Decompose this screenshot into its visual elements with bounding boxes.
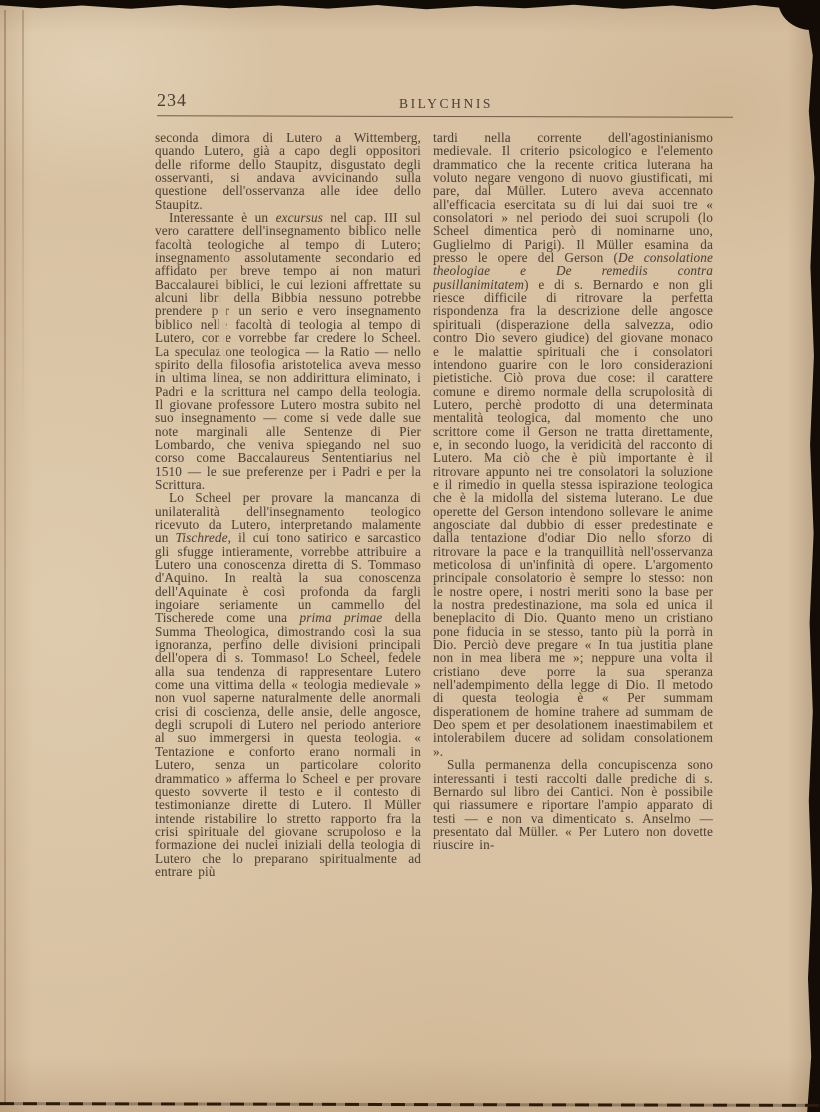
paper-scratch-mark xyxy=(219,292,226,356)
text-run: nel cap. III sul vero carattere dell'ins… xyxy=(155,210,421,492)
page-number: 234 xyxy=(157,90,187,111)
text-run: seconda dimora di Lutero a Wittemberg, q… xyxy=(155,131,421,212)
journal-title: BILYCHNIS xyxy=(399,96,493,112)
header-rule xyxy=(157,115,733,118)
text-column-left: seconda dimora di Lutero a Wittemberg, q… xyxy=(155,131,421,941)
page-paper: 234 BILYCHNIS seconda dimora di Lutero a… xyxy=(0,0,820,1112)
text-column-right: tardi nella corrente dell'agostinianismo… xyxy=(433,131,713,941)
text-run: Sulla permanenza della concupiscenza son… xyxy=(433,757,713,852)
text-run: ) e di s. Bernardo e non gli riesce diff… xyxy=(433,277,713,759)
paragraph: Interessante è un excursus nel cap. III … xyxy=(155,211,421,491)
paragraph: Lo Scheel per provare la mancanza di uni… xyxy=(155,491,421,878)
text-run: della Summa Theologica, dimostrando così… xyxy=(155,610,421,879)
book-page-scan: 234 BILYCHNIS seconda dimora di Lutero a… xyxy=(0,0,820,1112)
paragraph: seconda dimora di Lutero a Wittemberg, q… xyxy=(155,131,421,211)
left-crease-line xyxy=(22,10,24,440)
paragraph: tardi nella corrente dell'agostinianismo… xyxy=(433,131,713,758)
left-crease-line xyxy=(4,10,6,1102)
paragraph: Sulla permanenza della concupiscenza son… xyxy=(433,758,713,851)
text-run: tardi nella corrente dell'agostinianismo… xyxy=(433,131,713,265)
